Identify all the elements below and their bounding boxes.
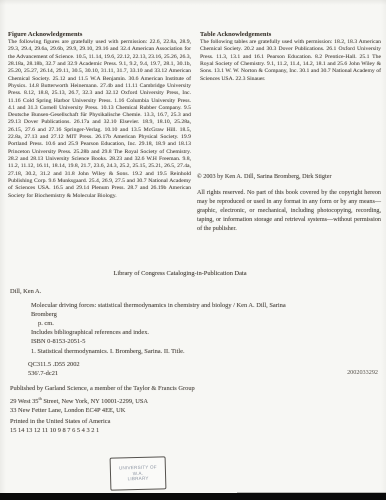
loc-call-number: QC311.5 .D55 2002: [28, 360, 80, 369]
publisher-block: Published by Garland Science, a member o…: [10, 384, 370, 416]
table-acknowledgements-heading: Table Acknowledgements: [200, 31, 381, 38]
loc-control-number: 2002033292: [347, 369, 378, 376]
loc-pcm: p. cm.: [38, 319, 54, 328]
printing-block: Printed in the United States of America …: [10, 417, 310, 435]
publisher-line: Published by Garland Science, a member o…: [10, 384, 370, 394]
loc-title-line-1: Molecular driving forces: statistical th…: [31, 301, 377, 310]
figure-acknowledgements-text: The following figures are gratefully use…: [8, 39, 191, 200]
loc-subject-entry: 1. Statistical thermodynamics. I. Brombe…: [31, 347, 185, 356]
rights-reserved-paragraph: All rights reserved. No part of this boo…: [197, 189, 381, 234]
loc-author: Dill, Ken A.: [10, 287, 41, 296]
publisher-address-us: 29 West 35th Street, New York, NY 10001-…: [10, 394, 370, 407]
loc-cataloging-heading: Library of Congress Cataloging-in-Public…: [0, 270, 360, 277]
library-stamp: UNIVERSITY OF W.A. LIBRARY: [110, 456, 167, 490]
loc-title-line-2: Bromberg: [31, 310, 57, 319]
print-run-numbers: 15 14 13 12 11 10 9 8 7 6 5 4 3 2 1: [10, 426, 310, 435]
publisher-address-uk: 33 New Fetter Lane, London EC4P 4EE, UK: [10, 406, 370, 416]
loc-includes-note: Includes bibliographical references and …: [31, 328, 149, 337]
copyright-line: © 2003 by Ken A. Dill, Sarina Bromberg, …: [197, 173, 381, 180]
library-stamp-line-3: LIBRARY: [128, 476, 149, 482]
table-acknowledgements-text: The following tables are gratefully used…: [200, 39, 381, 83]
loc-isbn: ISBN 0-8153-2051-5: [31, 337, 86, 346]
scan-edge-bar: [0, 493, 386, 500]
loc-dewey-number: 536'.7-dc21: [28, 369, 58, 378]
figure-acknowledgements-heading: Figure Acknowledgements: [8, 31, 191, 38]
printed-in-line: Printed in the United States of America: [10, 417, 310, 426]
scanned-book-copyright-page: { "figure_ack": { "heading": "Figure Ack…: [0, 0, 386, 500]
